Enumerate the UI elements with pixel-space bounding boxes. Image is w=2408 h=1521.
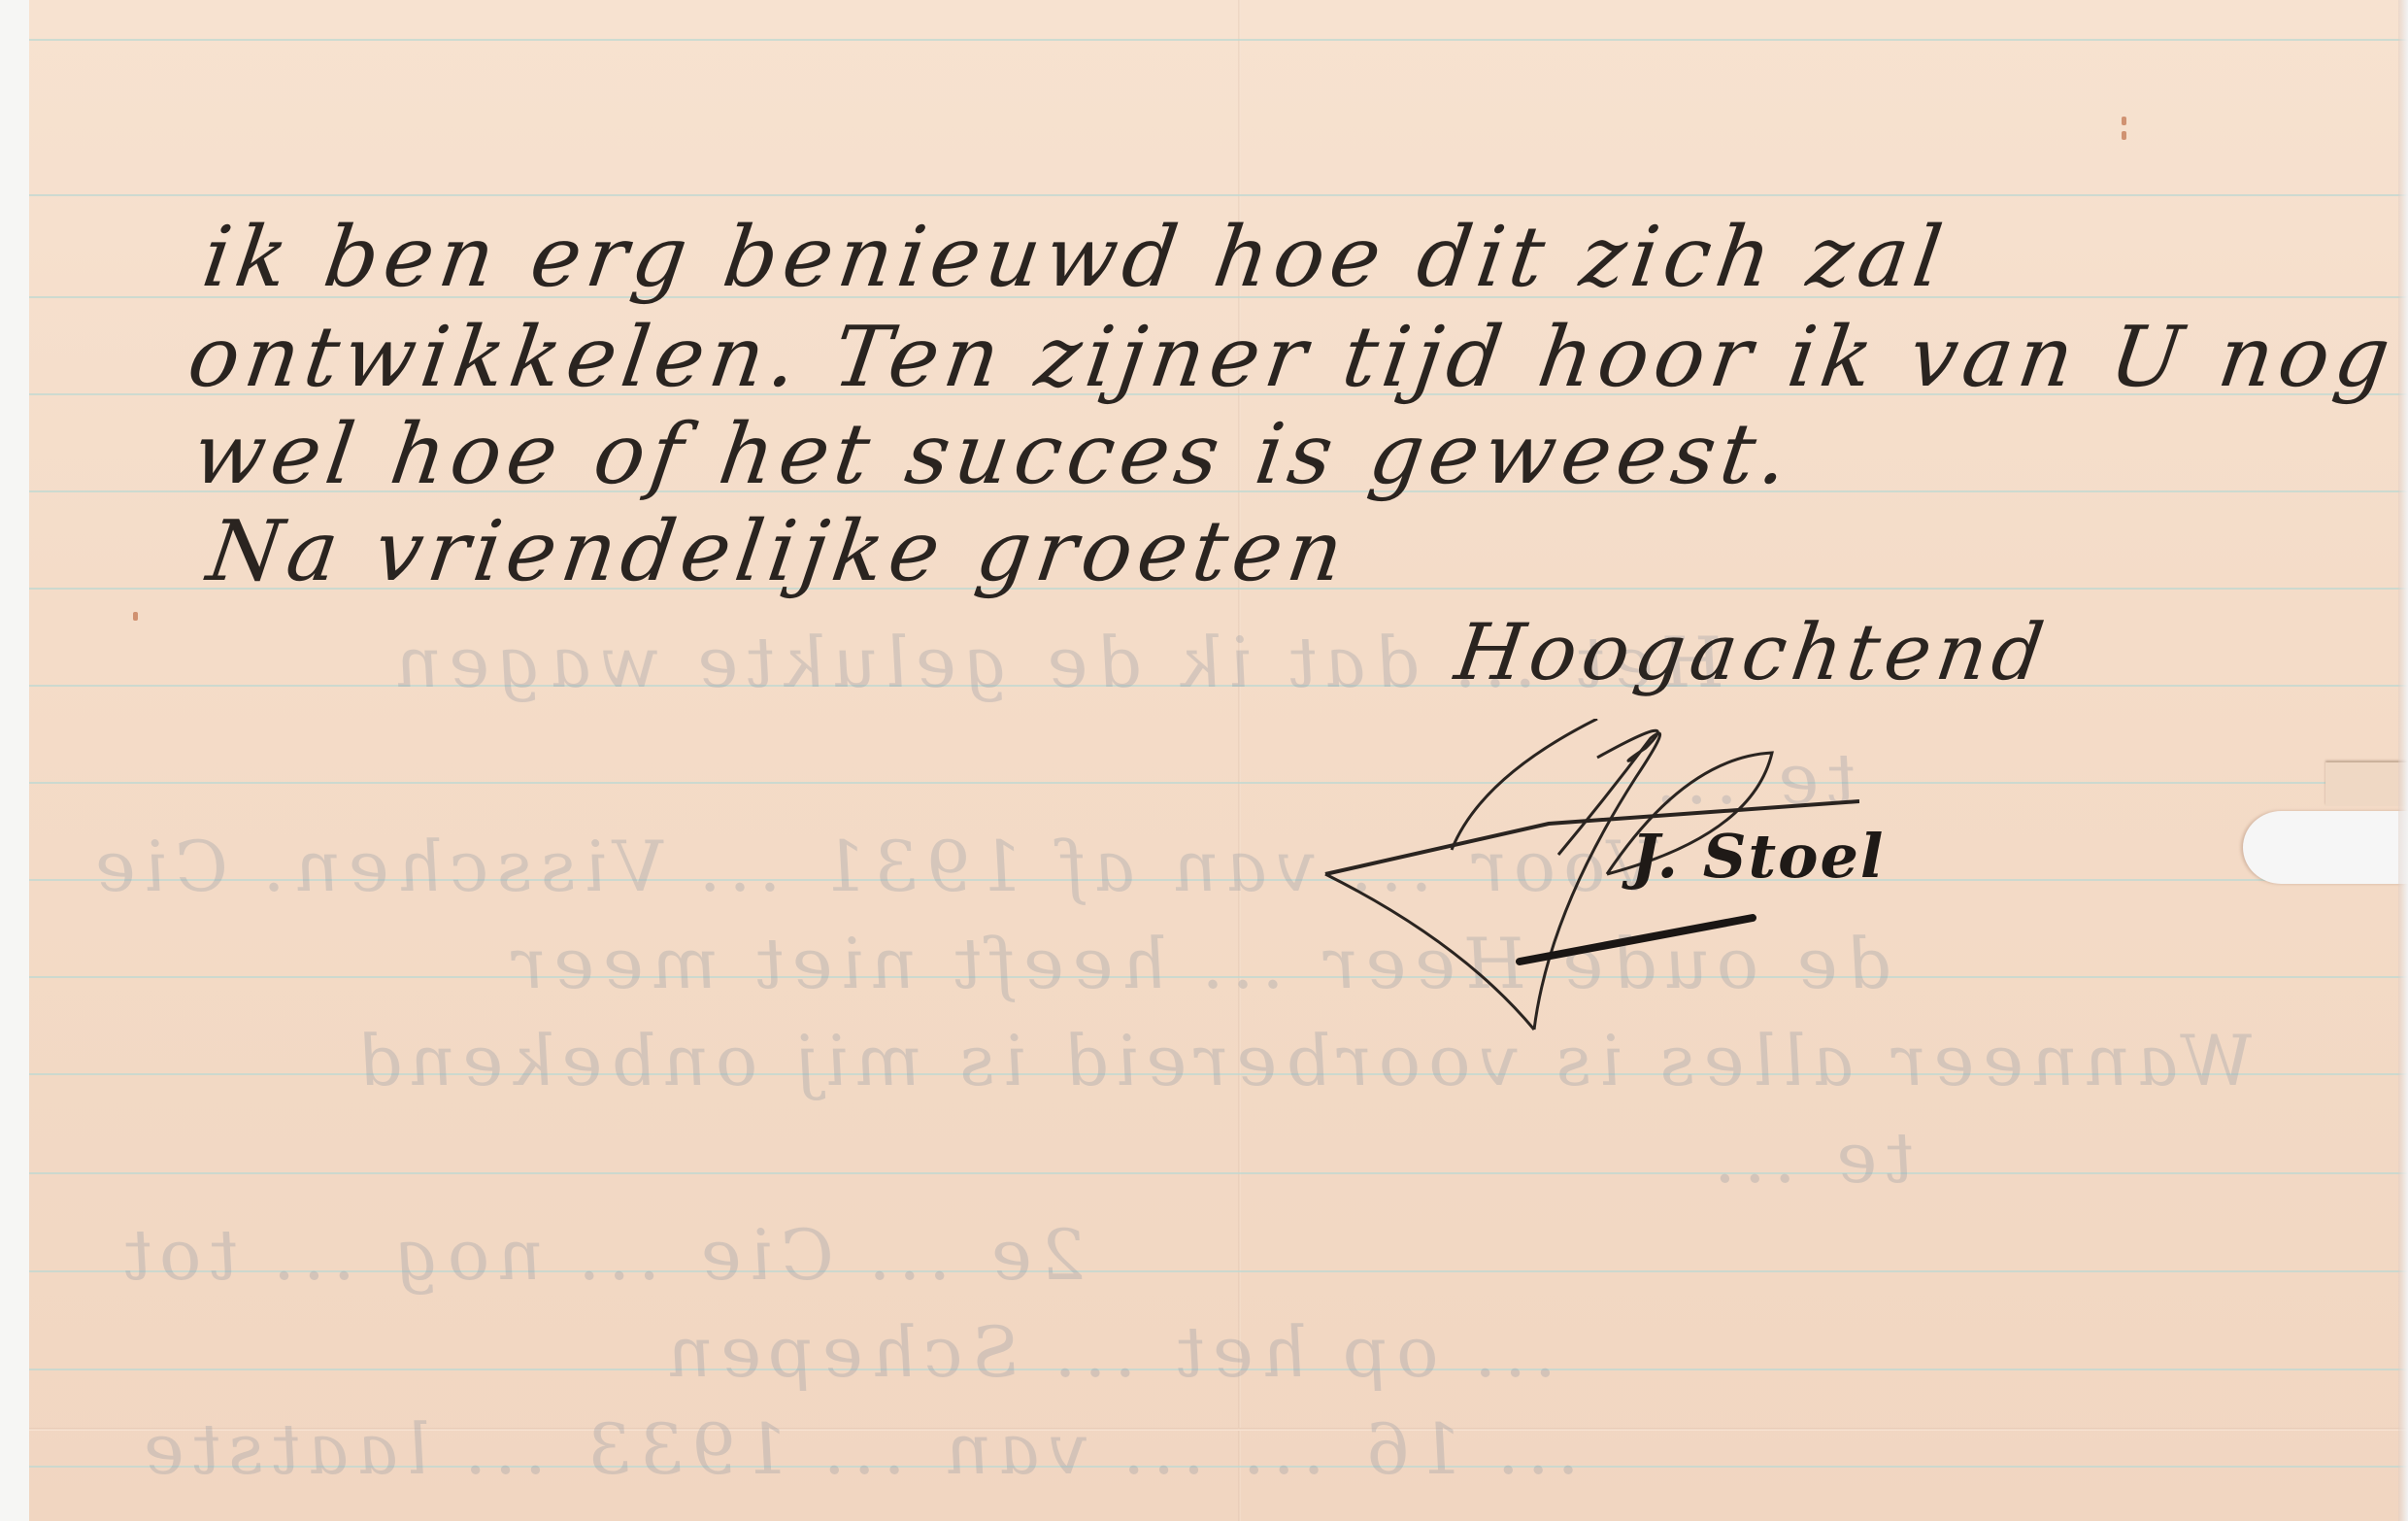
valediction: Hoogachtend [1450, 607, 2055, 697]
paper-right-edge [2398, 0, 2408, 1521]
bleed-through-line: 2e ... Cie ... nog ... tot [111, 1214, 1090, 1296]
letter-body-line: wel hoe of het succes is geweest. [187, 406, 1799, 503]
letter-body-line: ontwikkelen. Ten zijner tijd hoor ik van… [183, 309, 2401, 406]
letter-body-line: ik ben erg benieuwd hoe dit zich zal [197, 209, 1954, 306]
scan-margin [0, 0, 29, 1521]
paper-speck [2122, 131, 2126, 140]
signature-name: J. Stoel [1631, 821, 1885, 892]
torn-paper-flap [2325, 762, 2408, 806]
bleed-through-line: Wanneer alles is voorbereid is mij onbek… [344, 1020, 2258, 1101]
bleed-through-line: ... op het ... Schepen [654, 1311, 1565, 1393]
ruled-line [29, 39, 2408, 41]
bleed-through-line: te ... [1703, 1117, 1920, 1199]
bleed-through-line: ... 16 ... ... van ... 1933 ... laatste [130, 1408, 1588, 1490]
paper-speck [2122, 117, 2126, 125]
ruled-line [29, 782, 2408, 784]
torn-hole [2243, 811, 2408, 884]
paper-speck [133, 612, 138, 621]
ruled-line [29, 1172, 2408, 1174]
closing-greeting: Na vriendelijke groeten [202, 503, 1354, 600]
ruled-line [29, 194, 2408, 196]
